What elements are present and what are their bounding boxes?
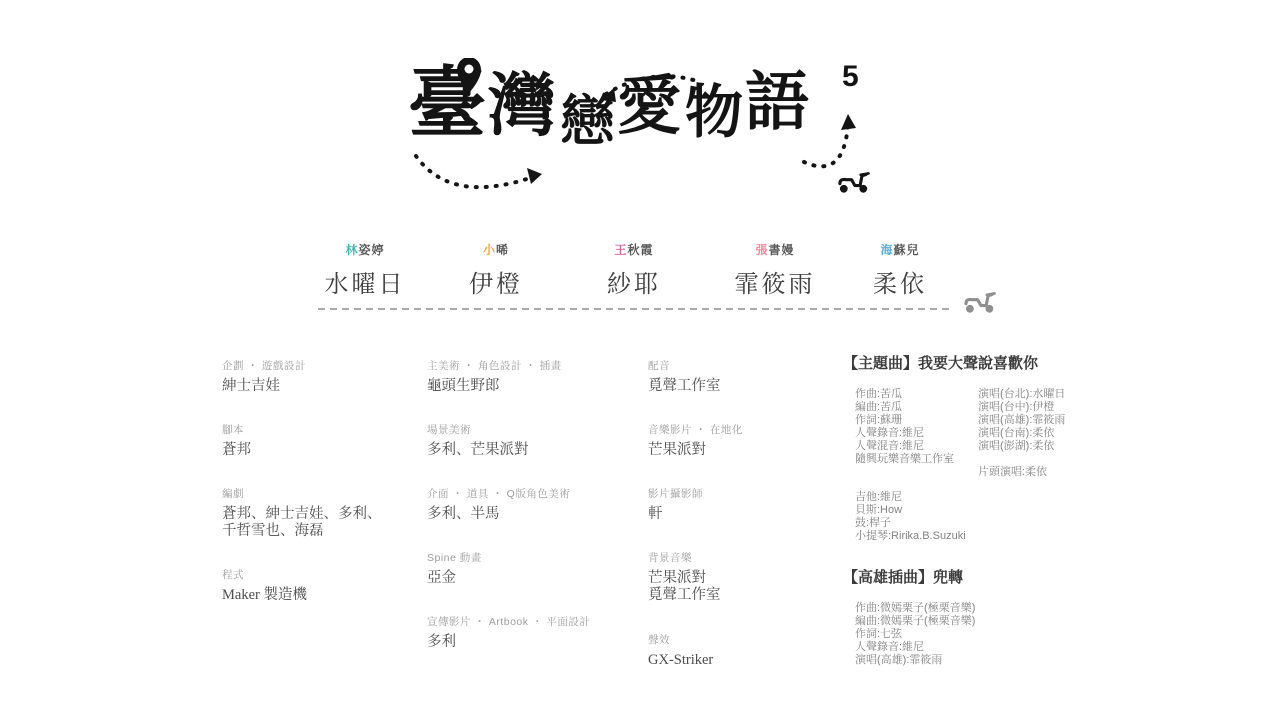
logo-number-5: 5 — [842, 60, 859, 94]
actor-givenname: 蘇兒 — [894, 243, 920, 257]
credit-label: 場景美術 — [427, 422, 637, 437]
credit-label: 背景音樂 — [648, 550, 833, 565]
song-credit-line: 人聲錄音:維尼 — [855, 641, 1143, 654]
song-credit-lines: 作曲:苦瓜 編曲:苦瓜 作詞:蘇珊 人聲錄音:維尼 人聲混音:維尼 隨興玩樂音樂… — [855, 388, 978, 479]
logo-char: 灣 — [488, 72, 556, 140]
song-credit-line: 作曲:微嫣栗子(極栗音樂) — [855, 602, 1143, 615]
logo-char: 臺 — [408, 64, 486, 142]
logo-char: 愛 — [617, 74, 681, 138]
credit-value: 芒果派對 — [648, 570, 833, 587]
actor-givenname: 秋霞 — [628, 243, 654, 257]
credit-value: 亞金 — [427, 570, 637, 587]
game-logo: 臺 灣 戀 愛 物 語 5 — [400, 58, 880, 208]
actor-surname: 海 — [880, 243, 893, 257]
song-credit-line: 吉他:維尼 — [855, 491, 1143, 504]
credit-value: 蒼邦、紳士吉娃、多利、 — [222, 506, 422, 523]
song-credit-line: 人聲錄音:維尼 — [855, 427, 978, 440]
logo-char: 物 — [685, 84, 743, 142]
theme-song-section: 【主題曲】我要大聲說喜歡你 作曲:苦瓜 編曲:苦瓜 作詞:蘇珊 人聲錄音:維尼 … — [843, 352, 1143, 543]
scooter-icon — [962, 288, 996, 314]
song-credit-line: 小提琴:Ririka.B.Suzuki — [855, 530, 1143, 543]
song-credit-line: 演唱(高雄):霏筱雨 — [855, 654, 1143, 667]
credit-block: 介面 ・ 道具 ・ Q版角色美術 多利、半馬 — [427, 486, 637, 523]
song-credit-line: 人聲混音:維尼 — [855, 440, 978, 453]
credit-value: 多利 — [427, 634, 637, 651]
character-card: 小唏 伊橙 — [416, 241, 576, 299]
credit-label: Spine 動畫 — [427, 550, 637, 565]
song-credit-line: 鼓:桿子 — [855, 517, 1143, 530]
credit-label: 程式 — [222, 567, 422, 582]
credit-block: 背景音樂 芒果派對 覓聲工作室 — [648, 550, 833, 604]
song-credit-line: 編曲:微嫣栗子(極栗音樂) — [855, 615, 1143, 628]
song-credit-line: 作詞:蘇珊 — [855, 414, 978, 427]
credit-value: 芒果派對 — [648, 442, 833, 459]
songs-column: 【主題曲】我要大聲說喜歡你 作曲:苦瓜 編曲:苦瓜 作詞:蘇珊 人聲錄音:維尼 … — [843, 352, 1143, 667]
credit-value: 紳士吉娃 — [222, 378, 422, 395]
character-name: 紗耶 — [554, 264, 714, 299]
song-singer-lines: 演唱(台北):水曜日 演唱(台中):伊橙 演唱(高雄):霏筱雨 演唱(台南):柔… — [978, 388, 1143, 479]
song-credit-line: 編曲:苦瓜 — [855, 401, 978, 414]
song-credit-line: 片頭演唱:柔依 — [978, 466, 1143, 479]
character-card: 海蘇兒 柔依 — [820, 241, 980, 299]
credit-block: 配音 覓聲工作室 — [648, 358, 833, 395]
credit-value: GX-Striker — [648, 652, 833, 669]
song-credit-line: 隨興玩樂音樂工作室 — [855, 453, 978, 466]
credit-value: 多利、芒果派對 — [427, 442, 637, 459]
credit-label: 影片攝影師 — [648, 486, 833, 501]
credit-block: 聲效 GX-Striker — [648, 632, 833, 669]
credit-value: 多利、半馬 — [427, 506, 637, 523]
character-card: 王秋霞 紗耶 — [554, 241, 714, 299]
credit-value: 千哲雪也、海磊 — [222, 523, 422, 540]
scooter-icon — [840, 173, 869, 192]
song-credit-line: 演唱(台中):伊橙 — [978, 401, 1143, 414]
credit-block: 宣傳影片 ・ Artbook ・ 平面設計 多利 — [427, 614, 637, 651]
actor-givenname: 唏 — [496, 243, 509, 257]
dashed-route-right — [804, 114, 856, 166]
actor-surname: 張 — [755, 243, 768, 257]
credits-column-3: 配音 覓聲工作室 音樂影片 ・ 在地化 芒果派對 影片攝影師 軒 背景音樂 芒果… — [648, 358, 833, 696]
credit-label: 配音 — [648, 358, 833, 373]
credit-label: 音樂影片 ・ 在地化 — [648, 422, 833, 437]
logo-title: 臺 灣 戀 愛 物 語 — [408, 58, 809, 136]
credits-column-2: 主美術 ・ 角色設計 ・ 插畫 龜頭生野郎 場景美術 多利、芒果派對 介面 ・ … — [427, 358, 637, 679]
song-credit-line: 演唱(澎湖):柔依 — [978, 440, 1143, 453]
credit-value: 覓聲工作室 — [648, 378, 833, 395]
actor-surname: 林 — [345, 243, 358, 257]
credit-label: 腳本 — [222, 422, 422, 437]
credit-label: 介面 ・ 道具 ・ Q版角色美術 — [427, 486, 637, 501]
song-credit-line: 演唱(台北):水曜日 — [978, 388, 1143, 401]
credit-block: Spine 動畫 亞金 — [427, 550, 637, 587]
dashed-route-left — [416, 156, 542, 187]
credit-value: 蒼邦 — [222, 442, 422, 459]
actor-surname: 王 — [614, 243, 627, 257]
credit-block: 音樂影片 ・ 在地化 芒果派對 — [648, 422, 833, 459]
credit-block: 影片攝影師 軒 — [648, 486, 833, 523]
credit-value: 覓聲工作室 — [648, 587, 833, 604]
credit-value: 軒 — [648, 506, 833, 523]
credit-label: 編劇 — [222, 486, 422, 501]
dashed-divider — [318, 308, 954, 310]
actor-name: 小唏 — [416, 241, 576, 258]
song-credit-line: 演唱(高雄):霏筱雨 — [978, 414, 1143, 427]
song-credit-line: 貝斯:How — [855, 504, 1143, 517]
actor-givenname: 姿婷 — [359, 243, 385, 257]
actor-surname: 小 — [483, 243, 496, 257]
credit-value: 龜頭生野郎 — [427, 378, 637, 395]
credit-block: 企劃 ・ 遊戲設計 紳士吉娃 — [222, 358, 422, 395]
credit-value: Maker 製造機 — [222, 587, 422, 604]
credit-label: 企劃 ・ 遊戲設計 — [222, 358, 422, 373]
character-name: 柔依 — [820, 264, 980, 299]
credit-label: 宣傳影片 ・ Artbook ・ 平面設計 — [427, 614, 637, 629]
credit-block: 主美術 ・ 角色設計 ・ 插畫 龜頭生野郎 — [427, 358, 637, 395]
credit-block: 場景美術 多利、芒果派對 — [427, 422, 637, 459]
actor-name: 海蘇兒 — [820, 241, 980, 258]
credit-block: 編劇 蒼邦、紳士吉娃、多利、 千哲雪也、海磊 — [222, 486, 422, 540]
song-credit-line: 演唱(台南):柔依 — [978, 427, 1143, 440]
song-band-lines: 吉他:維尼 貝斯:How 鼓:桿子 小提琴:Ririka.B.Suzuki — [843, 491, 1143, 543]
song-credit-line: 作詞:七弦 — [855, 628, 1143, 641]
credit-block: 腳本 蒼邦 — [222, 422, 422, 459]
song-title: 【主題曲】我要大聲說喜歡你 — [843, 352, 1143, 373]
logo-char: 戀 — [560, 94, 615, 149]
credit-label: 聲效 — [648, 632, 833, 647]
character-name: 伊橙 — [416, 264, 576, 299]
song-title: 【高雄插曲】兜轉 — [843, 566, 1143, 587]
credit-block: 程式 Maker 製造機 — [222, 567, 422, 604]
actor-name: 王秋霞 — [554, 241, 714, 258]
actor-givenname: 書嫚 — [769, 243, 795, 257]
logo-char: 語 — [745, 70, 809, 134]
credit-label: 主美術 ・ 角色設計 ・ 插畫 — [427, 358, 637, 373]
song-credit-lines: 作曲:微嫣栗子(極栗音樂) 編曲:微嫣栗子(極栗音樂) 作詞:七弦 人聲錄音:維… — [843, 602, 1143, 667]
credits-column-1: 企劃 ・ 遊戲設計 紳士吉娃 腳本 蒼邦 編劇 蒼邦、紳士吉娃、多利、 千哲雪也… — [222, 358, 422, 632]
insert-song-section: 【高雄插曲】兜轉 作曲:微嫣栗子(極栗音樂) 編曲:微嫣栗子(極栗音樂) 作詞:… — [843, 566, 1143, 667]
song-credit-line: 作曲:苦瓜 — [855, 388, 978, 401]
